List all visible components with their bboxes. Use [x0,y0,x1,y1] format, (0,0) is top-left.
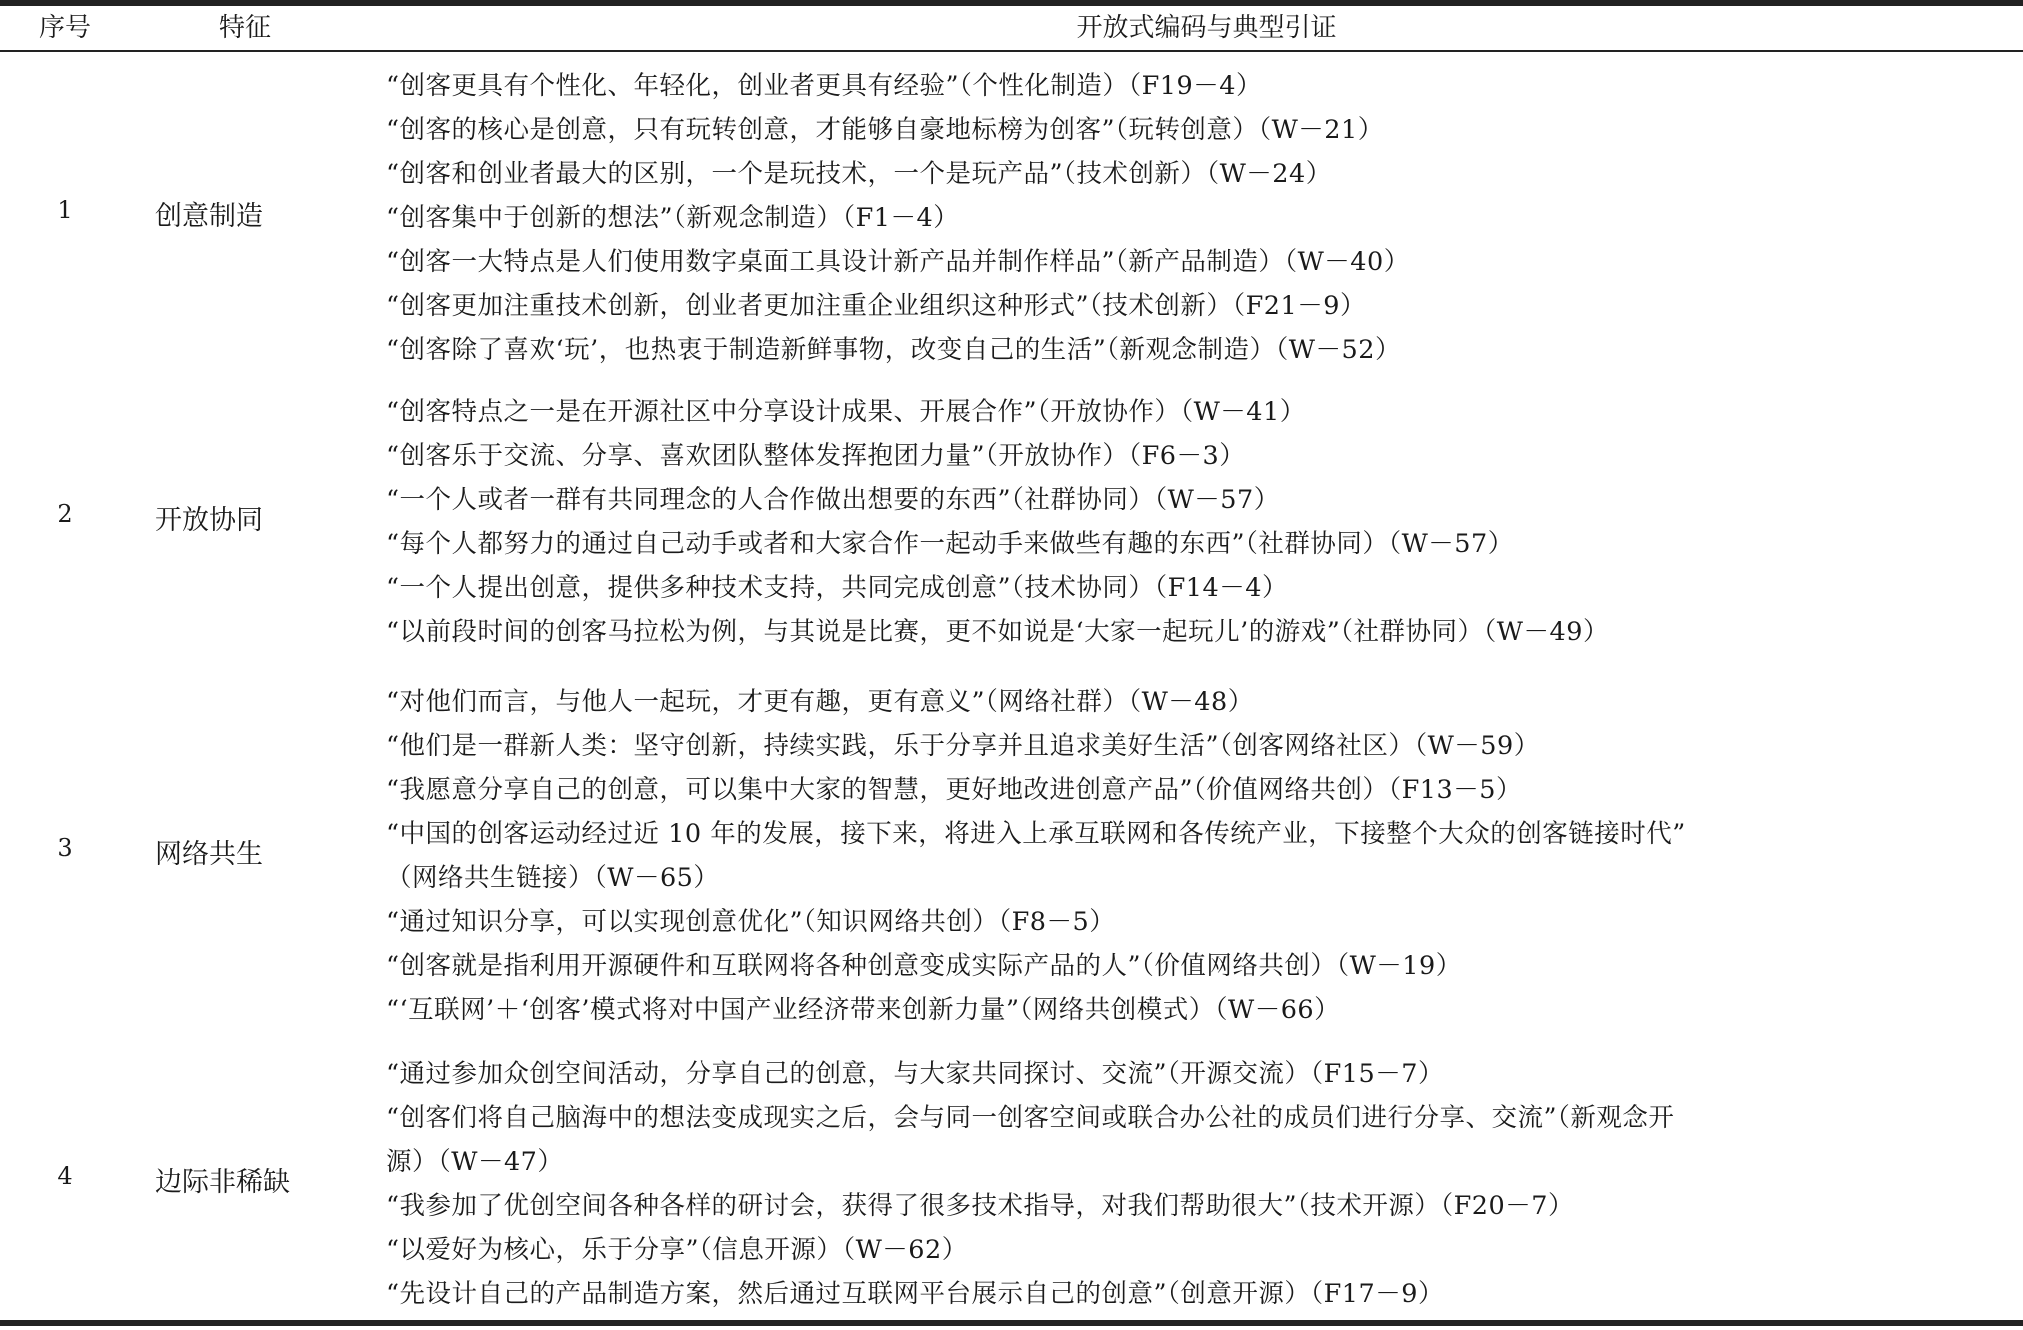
quote-line: “以前段时间的创客马拉松为例，与其说是比赛，更不如说是‘大家一起玩儿’的游戏”（… [386,610,2006,654]
quote-list: “创客特点之一是在开源社区中分享设计成果、开展合作”（开放协作）（W－41） “… [386,390,2006,654]
quote-line: “每个人都努力的通过自己动手或者和大家合作一起动手来做些有趣的东西”（社群协同）… [386,522,2006,566]
quote-line: “创客更加注重技术创新，创业者更加注重企业组织这种形式”（技术创新）（F21－9… [386,284,2006,328]
header-coding: 开放式编码与典型引证 [390,6,2023,50]
header-rule [0,50,2023,52]
row-feature: 边际非稀缺 [155,1160,355,1199]
quote-line: “通过参加众创空间活动，分享自己的创意，与大家共同探讨、交流”（开源交流）（F1… [386,1052,2006,1096]
quote-line: “创客和创业者最大的区别，一个是玩技术，一个是玩产品”（技术创新）（W－24） [386,152,2006,196]
quote-line: “一个人或者一群有共同理念的人合作做出想要的东西”（社群协同）（W－57） [386,478,2006,522]
quote-line: “创客特点之一是在开源社区中分享设计成果、开展合作”（开放协作）（W－41） [386,390,2006,434]
quote-line: “创客乐于交流、分享、喜欢团队整体发挥抱团力量”（开放协作）（F6－3） [386,434,2006,478]
row-number: 3 [30,834,100,862]
row-feature: 网络共生 [155,832,355,871]
row-number: 4 [30,1162,100,1190]
quote-line: “创客的核心是创意，只有玩转创意，才能够自豪地标榜为创客”（玩转创意）（W－21… [386,108,2006,152]
quote-line: “通过知识分享，可以实现创意优化”（知识网络共创）（F8－5） [386,900,2006,944]
table-row: 3 网络共生 “对他们而言，与他人一起玩，才更有趣，更有意义”（网络社群）（W－… [0,680,2023,1032]
quote-list: “创客更具有个性化、年轻化，创业者更具有经验”（个性化制造）（F19－4） “创… [386,64,2006,372]
quote-line: “以爱好为核心，乐于分享”（信息开源）（W－62） [386,1228,2006,1272]
row-number: 2 [30,500,100,528]
header-feature: 特征 [190,6,300,50]
quote-list: “对他们而言，与他人一起玩，才更有趣，更有意义”（网络社群）（W－48） “他们… [386,680,2006,1032]
row-number: 1 [30,196,100,224]
quote-line: “创客就是指利用开源硬件和互联网将各种创意变成实际产品的人”（价值网络共创）（W… [386,944,2006,988]
quote-line: 源）（W－47） [386,1140,2006,1184]
quote-line: “对他们而言，与他人一起玩，才更有趣，更有意义”（网络社群）（W－48） [386,680,2006,724]
table-row: 4 边际非稀缺 “通过参加众创空间活动，分享自己的创意，与大家共同探讨、交流”（… [0,1052,2023,1316]
row-feature: 创意制造 [155,194,355,233]
quote-line: “我参加了优创空间各种各样的研讨会，获得了很多技术指导，对我们帮助很大”（技术开… [386,1184,2006,1228]
quote-line: “创客一大特点是人们使用数字桌面工具设计新产品并制作样品”（新产品制造）（W－4… [386,240,2006,284]
row-feature: 开放协同 [155,498,355,537]
header-no: 序号 [30,6,100,50]
bottom-rule [0,1320,2023,1326]
quote-list: “通过参加众创空间活动，分享自己的创意，与大家共同探讨、交流”（开源交流）（F1… [386,1052,2006,1316]
table-row: 2 开放协同 “创客特点之一是在开源社区中分享设计成果、开展合作”（开放协作）（… [0,390,2023,654]
quote-line: “创客更具有个性化、年轻化，创业者更具有经验”（个性化制造）（F19－4） [386,64,2006,108]
quote-line: “创客集中于创新的想法”（新观念制造）（F1－4） [386,196,2006,240]
quote-line: “他们是一群新人类：坚守创新，持续实践，乐于分享并且追求美好生活”（创客网络社区… [386,724,2006,768]
quote-line: “先设计自己的产品制造方案，然后通过互联网平台展示自己的创意”（创意开源）（F1… [386,1272,2006,1316]
quote-line: “创客们将自己脑海中的想法变成现实之后，会与同一创客空间或联合办公社的成员们进行… [386,1096,2006,1140]
coding-table: 序号 特征 开放式编码与典型引证 1 创意制造 “创客更具有个性化、年轻化，创业… [0,0,2023,1330]
quote-line: “‘互联网’＋‘创客’模式将对中国产业经济带来创新力量”（网络共创模式）（W－6… [386,988,2006,1032]
quote-line: “我愿意分享自己的创意，可以集中大家的智慧，更好地改进创意产品”（价值网络共创）… [386,768,2006,812]
quote-line: “中国的创客运动经过近 10 年的发展，接下来，将进入上承互联网和各传统产业，下… [386,812,2006,856]
quote-line: （网络共生链接）（W－65） [386,856,2006,900]
quote-line: “创客除了喜欢‘玩’，也热衷于制造新鲜事物，改变自己的生活”（新观念制造）（W－… [386,328,2006,372]
table-row: 1 创意制造 “创客更具有个性化、年轻化，创业者更具有经验”（个性化制造）（F1… [0,64,2023,372]
quote-line: “一个人提出创意，提供多种技术支持，共同完成创意”（技术协同）（F14－4） [386,566,2006,610]
